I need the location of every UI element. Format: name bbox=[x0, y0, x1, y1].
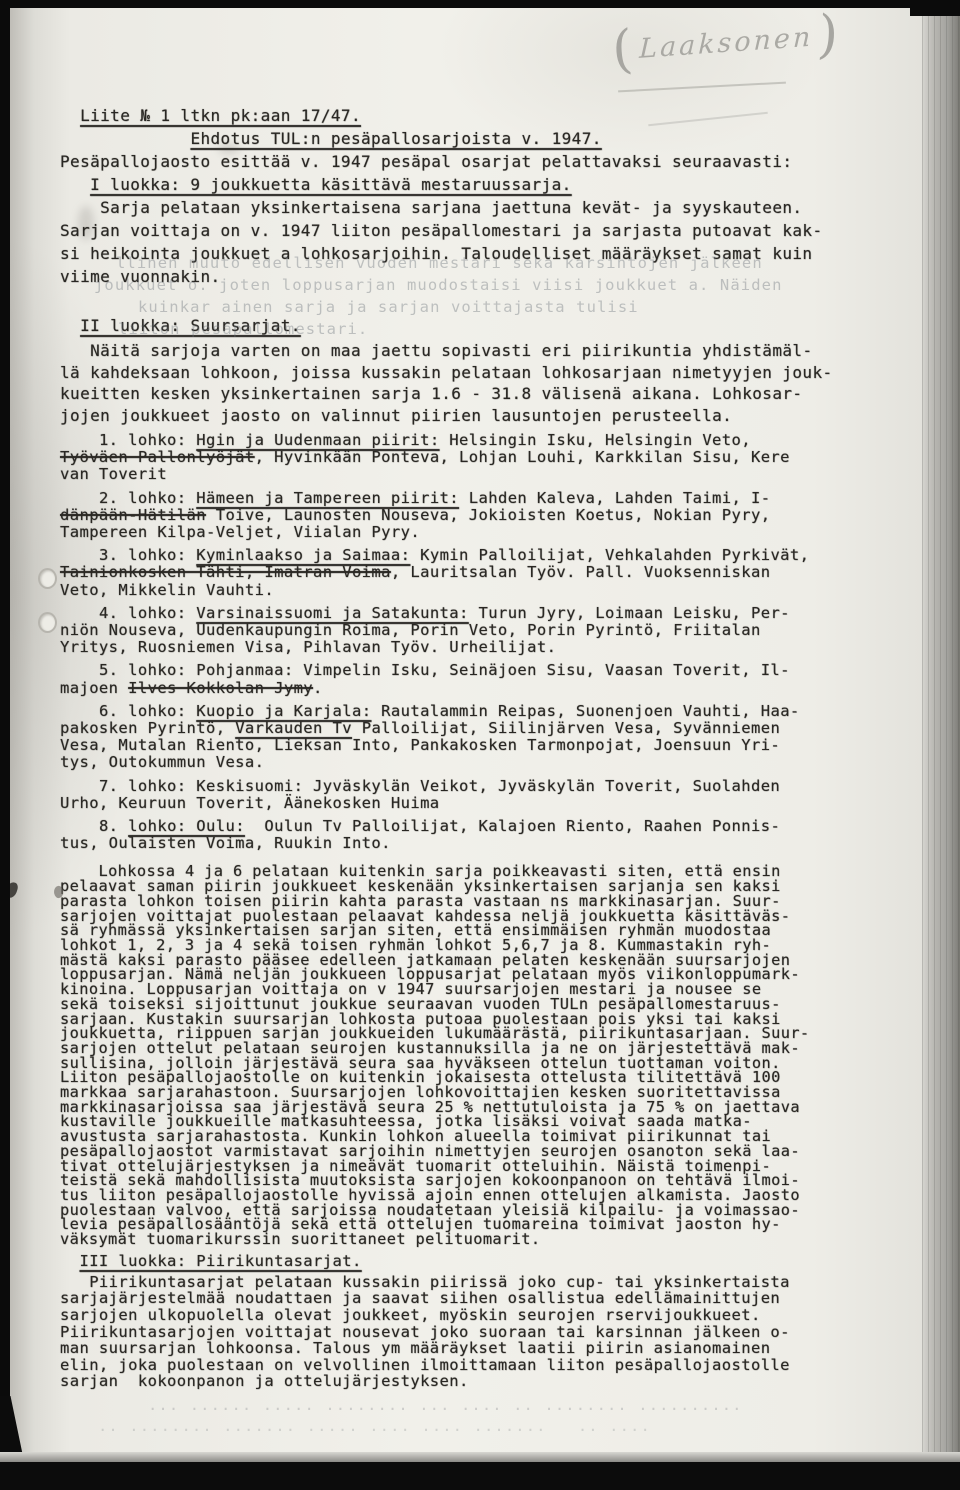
scan-border-bottom-shadow bbox=[0, 1452, 960, 1462]
intro-line: Pesäpallojaosto esittää v. 1947 pesäpal … bbox=[60, 150, 866, 173]
text-segment: niön Nouseva, Uudenkaupungin Roima, Pori… bbox=[60, 621, 761, 639]
text-segment: Kyminlaakso ja Saimaa: bbox=[196, 546, 410, 564]
paper-page: Liite № 1 ltkn pk:aan 17/47. Ehdotus TUL… bbox=[10, 8, 922, 1462]
text-segment: I luokka: 9 joukkuetta käsittävä mestaru… bbox=[90, 175, 572, 194]
text-segment: Kymin Palloilijat, Vehkalahden Pyrkivät, bbox=[410, 546, 809, 564]
lohko2-line: Tampereen Kilpa-Veljet, Viialan Pyry. bbox=[60, 524, 866, 541]
text-segment: 5. lohko: Pohjanmaa: Vimpelin Isku, Sein… bbox=[60, 661, 790, 679]
scanned-document: Liite № 1 ltkn pk:aan 17/47. Ehdotus TUL… bbox=[0, 0, 960, 1490]
text-segment: 6. lohko: bbox=[60, 702, 196, 720]
class3-para-line: Piirikuntasarjojen voittajat nousevat jo… bbox=[60, 1324, 866, 1341]
text-segment: 1. lohko: bbox=[60, 431, 196, 449]
lohko6-line: pakosken Pyrintö, Varkauden Tv Palloilij… bbox=[60, 720, 866, 737]
text-segment: Piirikuntasarjat pelataan kussakin piiri… bbox=[60, 1273, 790, 1291]
text-segment: , Lauritsalan Työv. Pall. Vuoksenniskan bbox=[391, 563, 771, 581]
text-segment: joukkuet o. joten loppusarjan muodostais… bbox=[94, 276, 783, 294]
text-segment: tus, Oulaisten Voima, Ruukin Into. bbox=[60, 834, 391, 852]
lohko6-line: 6. lohko: Kuopio ja Karjala: Rautalammin… bbox=[60, 703, 866, 720]
text-segment bbox=[60, 175, 90, 194]
text-segment: Hgin ja Uudenmaan piirit: bbox=[196, 431, 439, 449]
text-segment: Hämeen ja Tampereen piirit: bbox=[196, 489, 459, 507]
class3-para-line: man suursarjan lohkoonsa. Talous ym määr… bbox=[60, 1340, 866, 1357]
punch-hole bbox=[38, 612, 57, 633]
text-segment: Varkauden Tv bbox=[235, 719, 352, 737]
text-segment bbox=[60, 316, 80, 335]
class2-para-line: Näitä sarjoja varten on maa jaettu sopiv… bbox=[60, 340, 866, 362]
scan-border-bottom bbox=[0, 1462, 960, 1490]
text-segment: Turun Jyry, Loimaan Leisku, Per- bbox=[469, 604, 790, 622]
lohko3-line: Tainionkosken Tähti, Imatran Voima, Laur… bbox=[60, 564, 866, 581]
text-segment: majoen bbox=[60, 679, 128, 697]
text-segment bbox=[60, 106, 80, 125]
text-segment: lohko: Oulu: bbox=[128, 817, 245, 835]
lohko1-line: van Toverit bbox=[60, 466, 866, 483]
text-segment: Ehdotus TUL:n pesäpallosarjoista v. 1947… bbox=[190, 129, 601, 148]
text-segment: Lahden Kaleva, Lahden Taimi, I- bbox=[459, 489, 770, 507]
text-segment: ··· ······ ····· ········ ··· ···· ·· ··… bbox=[148, 1400, 743, 1418]
scan-border-left bbox=[0, 0, 10, 1490]
erased-ghost-line: kuinkar ainen sarja ja sarjan voittajast… bbox=[138, 298, 639, 316]
text-segment: liiton pesäpallomestari. bbox=[118, 320, 368, 338]
class2-para-line: lä kahdeksaan lohkoon, joissa kussakin p… bbox=[60, 362, 866, 384]
text-segment: Varsinaissuomi ja Satakunta: bbox=[196, 604, 469, 622]
text-segment: Yritys, Ruosniemen Visa, Pihlavan Työv. … bbox=[60, 638, 556, 656]
class3-para-line: Piirikuntasarjat pelataan kussakin piiri… bbox=[60, 1274, 866, 1291]
text-segment: 8. bbox=[60, 817, 128, 835]
text-segment: Vesa, Mutalan Riento, Lieksan Into, Pank… bbox=[60, 736, 780, 754]
text-segment: jojen joukkueet jaosto on valinnut piiri… bbox=[60, 406, 732, 425]
handwritten-name: Laaksonen bbox=[635, 21, 818, 65]
text-segment: 2. lohko: bbox=[60, 489, 196, 507]
lohko7-line: 7. lohko: Keskisuomi: Jyväskylän Veikot,… bbox=[60, 778, 866, 795]
punch-hole bbox=[38, 568, 57, 589]
lohko8-line: 8. lohko: Oulu: Oulun Tv Palloilijat, Ka… bbox=[60, 818, 866, 835]
scan-border-top bbox=[0, 0, 960, 8]
text-segment: Toive, Launosten Nouseva, Jokioisten Koe… bbox=[206, 506, 770, 524]
lohko4-line: niön Nouseva, Uudenkaupungin Roima, Pori… bbox=[60, 622, 866, 639]
text-segment bbox=[60, 1252, 79, 1270]
text-segment: Rautalammin Reipas, Suonenjoen Vauhti, H… bbox=[371, 702, 799, 720]
text-segment: man suursarjan lohkoonsa. Talous ym määr… bbox=[60, 1339, 770, 1357]
text-segment: Näitä sarjoja varten on maa jaettu sopiv… bbox=[60, 341, 812, 360]
text-segment: Helsingin Isku, Helsingin Veto, bbox=[440, 431, 751, 449]
lohko5-line: 5. lohko: Pohjanmaa: Vimpelin Isku, Sein… bbox=[60, 662, 866, 679]
class1-para-line: Sarjan voittaja on v. 1947 liiton pesäpa… bbox=[60, 219, 866, 242]
lohko1-line: 1. lohko: Hgin ja Uudenmaan piirit: Hels… bbox=[60, 432, 866, 449]
erased-ghost-line: llinen muuto edellisen vuoden mestari se… bbox=[116, 254, 763, 272]
text-segment: Sarja pelataan yksinkertaisena sarjana j… bbox=[60, 198, 802, 217]
text-segment: . bbox=[313, 679, 323, 697]
lohko4-line: 4. lohko: Varsinaissuomi ja Satakunta: T… bbox=[60, 605, 866, 622]
text-segment: pakosken Pyrintö, bbox=[60, 719, 235, 737]
lohko2-line: 2. lohko: Hämeen ja Tampereen piirit: La… bbox=[60, 490, 866, 507]
text-segment: väksymät tuomarikurssin suorittaneet pel… bbox=[60, 1230, 540, 1248]
text-segment: , Hyvinkään Ponteva, Lohjan Louhi, Karkk… bbox=[255, 448, 790, 466]
text-segment: III luokka: Piirikuntasarjat. bbox=[79, 1252, 361, 1270]
text-segment: elin, joka puolestaan on velvollinen ilm… bbox=[60, 1356, 790, 1374]
lohko6-line: Vesa, Mutalan Riento, Lieksan Into, Pank… bbox=[60, 737, 866, 754]
text-segment: kuinkar ainen sarja ja sarjan voittajast… bbox=[138, 298, 639, 316]
lohko3-line: Veto, Mikkelin Vauhti. bbox=[60, 582, 866, 599]
text-segment: Palloilijat, Siilinjärven Vesa, Syvännie… bbox=[352, 719, 780, 737]
text-segment: tys, Outokummun Vesa. bbox=[60, 753, 264, 771]
text-segment: Piirikuntasarjojen voittajat nousevat jo… bbox=[60, 1323, 790, 1341]
class3-heading: III luokka: Piirikuntasarjat. bbox=[60, 1252, 866, 1270]
text-segment: Sarjan voittaja on v. 1947 liiton pesäpa… bbox=[60, 221, 823, 240]
class1-heading: I luokka: 9 joukkuetta käsittävä mestaru… bbox=[60, 173, 866, 196]
document-body: Liite № 1 ltkn pk:aan 17/47. Ehdotus TUL… bbox=[10, 8, 922, 1390]
class3-para-line: sarjan kokoonpanon ja ottelujärjestyksen… bbox=[60, 1373, 866, 1390]
text-segment: dänpään-Hätilän bbox=[60, 506, 206, 524]
class1-para-line: Sarja pelataan yksinkertaisena sarjana j… bbox=[60, 196, 866, 219]
handwritten-paren-close-icon: ) bbox=[816, 15, 842, 57]
text-segment: ·· ········ ······· ····· ···· ···· ····… bbox=[98, 1421, 651, 1439]
scan-border-top-right bbox=[910, 0, 960, 16]
lohko4-line: Yritys, Ruosniemen Visa, Pihlavan Työv. … bbox=[60, 639, 866, 656]
erased-ghost-line: liiton pesäpallomestari. bbox=[118, 320, 368, 338]
suursarja-para-line: väksymät tuomarikurssin suorittaneet pel… bbox=[60, 1232, 866, 1247]
erased-ghost-line: ··· ······ ····· ········ ··· ···· ·· ··… bbox=[148, 1400, 743, 1418]
text-segment: Oulun Tv Palloilijat, Kalajoen Riento, R… bbox=[245, 817, 780, 835]
text-segment: sarjajärjestelmää noudattaen ja saavat s… bbox=[60, 1289, 780, 1307]
book-page-stack-edge bbox=[922, 0, 960, 1462]
text-segment: 7. lohko: Keskisuomi: Jyväskylän Veikot,… bbox=[60, 777, 780, 795]
erased-ghost-line: ·· ········ ······· ····· ···· ···· ····… bbox=[98, 1421, 651, 1439]
class3-para-line: sarjojen ulkopuolella olevat joukkeet, m… bbox=[60, 1307, 866, 1324]
text-segment: Pesäpallojaosto esittää v. 1947 pesäpal … bbox=[60, 152, 792, 171]
document-title: Ehdotus TUL:n pesäpallosarjoista v. 1947… bbox=[60, 127, 866, 150]
lohko3-line: 3. lohko: Kyminlaakso ja Saimaa: Kymin P… bbox=[60, 547, 866, 564]
text-segment: sarjojen ulkopuolella olevat joukkeet, m… bbox=[60, 1306, 761, 1324]
class3-para-line: elin, joka puolestaan on velvollinen ilm… bbox=[60, 1357, 866, 1374]
text-segment: Liite № 1 ltkn pk:aan 17/47. bbox=[80, 106, 361, 125]
lohko5-line: majoen Ilves Kokkolan Jymy. bbox=[60, 680, 866, 697]
lohko8-line: tus, Oulaisten Voima, Ruukin Into. bbox=[60, 835, 866, 852]
text-segment: Tampereen Kilpa-Veljet, Viialan Pyry. bbox=[60, 523, 420, 541]
lohko2-line: dänpään-Hätilän Toive, Launosten Nouseva… bbox=[60, 507, 866, 524]
erased-ghost-line: joukkuet o. joten loppusarjan muodostais… bbox=[94, 276, 783, 294]
lohko6-line: tys, Outokummun Vesa. bbox=[60, 754, 866, 771]
text-segment bbox=[60, 129, 190, 148]
handwritten-paren-open-icon: ( bbox=[611, 29, 637, 71]
text-segment: sarjan kokoonpanon ja ottelujärjestyksen… bbox=[60, 1372, 469, 1390]
text-segment: 4. lohko: bbox=[60, 604, 196, 622]
text-segment: Veto, Mikkelin Vauhti. bbox=[60, 581, 274, 599]
text-segment: 3. lohko: bbox=[60, 546, 196, 564]
text-segment: Urho, Keuruun Toverit, Äänekosken Huima bbox=[60, 794, 440, 812]
class2-para-line: kueitten kesken yksinkertainen sarja 1.6… bbox=[60, 383, 866, 405]
text-segment: lä kahdeksaan lohkoon, joissa kussakin p… bbox=[60, 363, 833, 382]
text-segment: llinen muuto edellisen vuoden mestari se… bbox=[116, 254, 763, 272]
text-segment: Työväen Pallonlyöjät bbox=[60, 448, 255, 466]
lohko1-line: Työväen Pallonlyöjät, Hyvinkään Ponteva,… bbox=[60, 449, 866, 466]
text-segment: kueitten kesken yksinkertainen sarja 1.6… bbox=[60, 384, 802, 403]
text-segment: Tainionkosken Tähti, Imatran Voima bbox=[60, 563, 391, 581]
text-segment: Kuopio ja Karjala: bbox=[196, 702, 371, 720]
class2-para-line: jojen joukkueet jaosto on valinnut piiri… bbox=[60, 405, 866, 427]
text-segment: Ilves Kokkolan Jymy bbox=[128, 679, 313, 697]
class3-para-line: sarjajärjestelmää noudattaen ja saavat s… bbox=[60, 1290, 866, 1307]
lohko7-line: Urho, Keuruun Toverit, Äänekosken Huima bbox=[60, 795, 866, 812]
text-segment: van Toverit bbox=[60, 465, 167, 483]
